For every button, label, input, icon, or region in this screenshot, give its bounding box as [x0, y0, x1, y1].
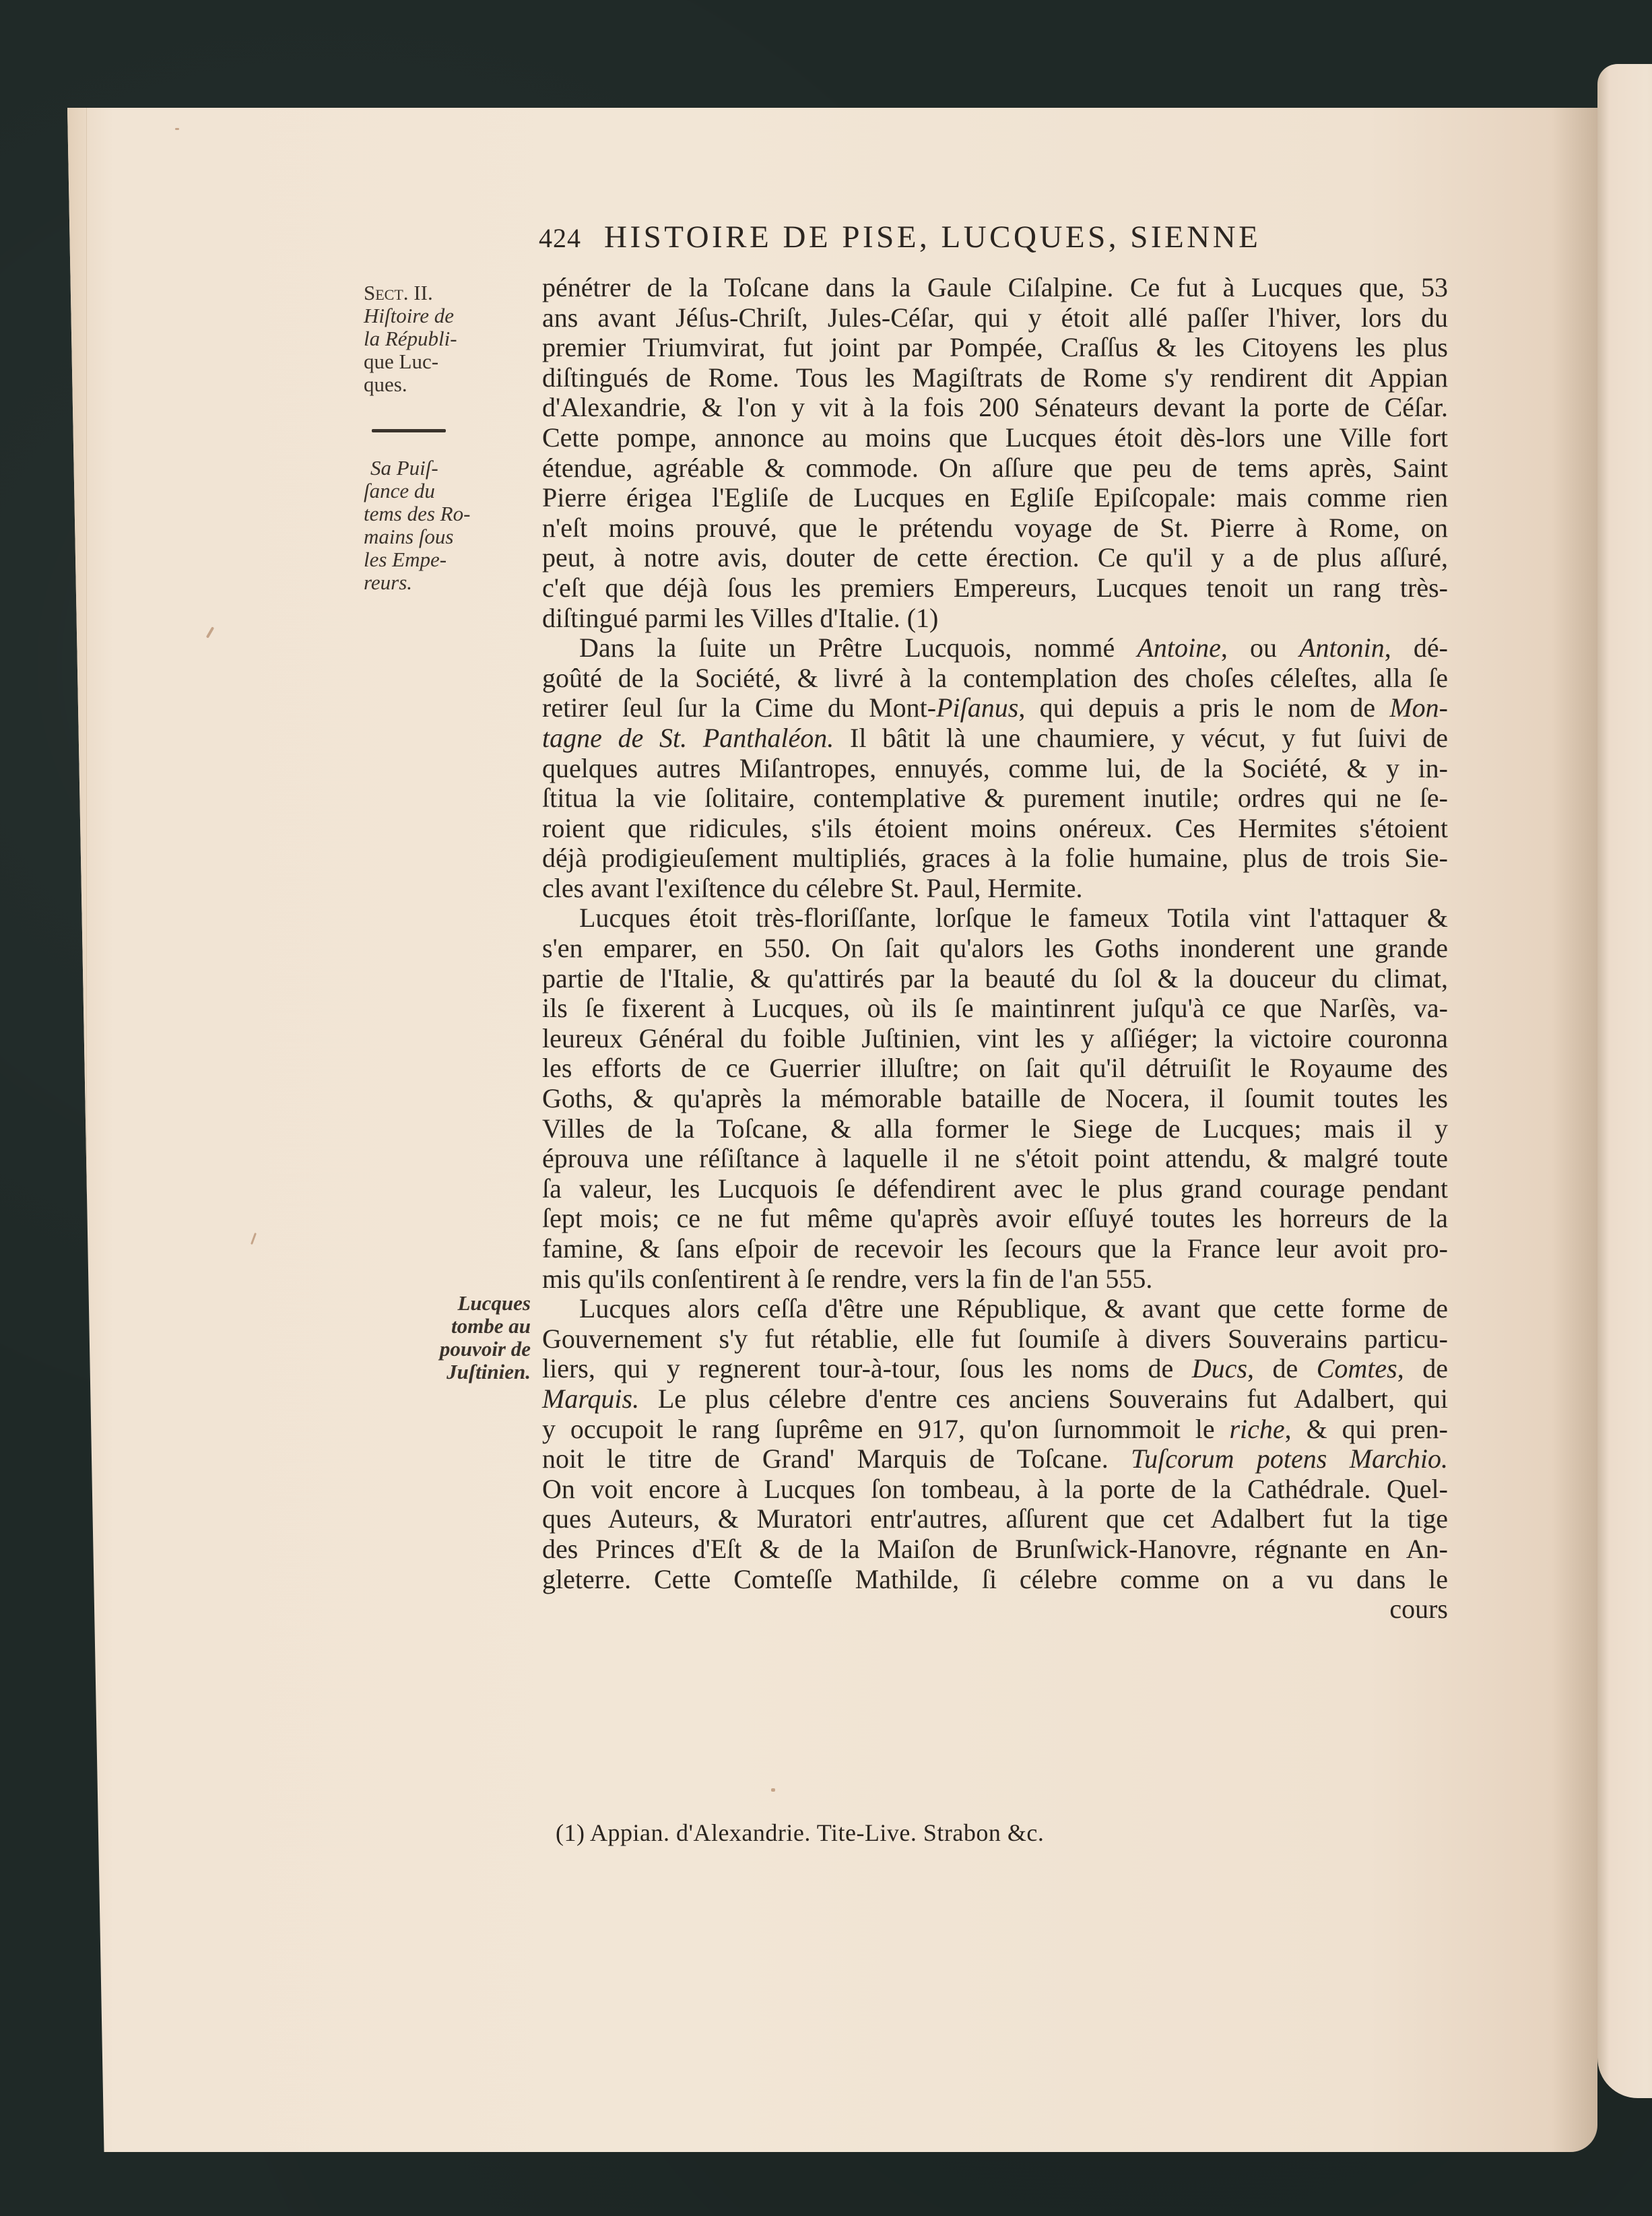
body-text: pénétrer de la Toſcane dans la Gaule Ciſ…	[542, 273, 1448, 1625]
text-line: roient que ridicules, s'ils étoient moin…	[542, 814, 1448, 844]
margin-note-line: mains ſous	[364, 525, 519, 548]
text-run: y occupoit le rang ſuprême en 917, qu'on…	[542, 1414, 1229, 1444]
text-line: Villes de la Toſcane, & alla former le S…	[542, 1114, 1448, 1144]
italic-term: Mon-	[1389, 692, 1448, 723]
text-line: peut, à notre avis, douter de cette érec…	[542, 543, 1448, 573]
text-line: diſtingué parmi les Villes d'Italie. (1)	[542, 604, 1448, 634]
text-line: déjà prodigieuſement multipliés, graces …	[542, 843, 1448, 874]
text-line: partie de l'Italie, & qu'attirés par la …	[542, 964, 1448, 994]
paper-speck	[175, 128, 179, 130]
text-line: s'en emparer, en 550. On ſait qu'alors l…	[542, 934, 1448, 964]
text-line: retirer ſeul ſur la Cime du Mont-Piſanus…	[542, 693, 1448, 723]
text-line: Dans la ſuite un Prêtre Lucquois, nommé …	[542, 633, 1448, 663]
italic-term: Antoine	[1137, 632, 1220, 663]
margin-note-line: la Républi-	[364, 327, 519, 350]
text-line: gleterre. Cette Comteſſe Mathilde, ſi cé…	[542, 1565, 1448, 1595]
margin-rule-divider	[372, 429, 446, 432]
text-line: ſa valeur, les Lucquois ſe défendirent a…	[542, 1174, 1448, 1204]
text-line: ſept mois; ce ne fut même qu'après avoir…	[542, 1204, 1448, 1234]
text-line: famine, & ſans eſpoir de recevoir les ſe…	[542, 1234, 1448, 1264]
margin-note-line: les Empe-	[364, 548, 519, 571]
italic-term: riche	[1229, 1414, 1284, 1444]
text-line: cours	[542, 1594, 1448, 1625]
text-run: noit le titre de Grand' Marquis de Toſca…	[542, 1443, 1131, 1474]
text-line: étendue, agréable & commode. On aſſure q…	[542, 453, 1448, 484]
margin-note-line: ques.	[364, 373, 519, 396]
margin-note-line: Hiſtoire de	[364, 304, 519, 327]
text-line: les efforts de ce Guerrier illuſtre; on …	[542, 1053, 1448, 1084]
margin-note-section: Sect. II. Hiſtoire de la Républi- que Lu…	[364, 282, 519, 396]
paper-speck	[771, 1788, 775, 1792]
text-run: , de	[1397, 1353, 1448, 1383]
margin-note-line: ſance du	[364, 480, 519, 502]
margin-note-line: pouvoir de	[409, 1338, 531, 1361]
text-line: tagne de St. Panthaléon. Il bâtit là une…	[542, 723, 1448, 754]
italic-term: Antonin	[1299, 632, 1385, 663]
text-line: pénétrer de la Toſcane dans la Gaule Ciſ…	[542, 273, 1448, 303]
margin-note-line: tombe au	[409, 1315, 531, 1338]
text-run: retirer ſeul ſur la Cime du Mont-	[542, 692, 936, 723]
italic-term: Tuſcorum potens Marchio.	[1131, 1443, 1448, 1474]
text-line: ils ſe fixerent à Lucques, où ils ſe mai…	[542, 993, 1448, 1024]
text-line: cles avant l'exiſtence du célebre St. Pa…	[542, 874, 1448, 904]
text-line: diſtingués de Rome. Tous les Magiſtrats …	[542, 363, 1448, 393]
text-run: , de	[1247, 1353, 1317, 1383]
footnote: (1) Appian. d'Alexandrie. Tite-Live. Str…	[556, 1819, 1044, 1847]
text-line: ques Auteurs, & Muratori entr'autres, aſ…	[542, 1504, 1448, 1534]
text-line: Lucques alors ceſſa d'être une Républiqu…	[542, 1294, 1448, 1324]
text-line: Gouvernement s'y fut rétablie, elle fut …	[542, 1324, 1448, 1355]
margin-note-line: Sa Puiſ-	[364, 457, 519, 480]
page-number: 424	[539, 222, 581, 254]
margin-note-fall: Lucques tombe au pouvoir de Juſtinien.	[409, 1292, 531, 1383]
facing-page-edge	[1597, 64, 1652, 2098]
text-run: Le plus célebre d'entre ces anciens Souv…	[639, 1383, 1448, 1414]
italic-term: Ducs	[1192, 1353, 1247, 1383]
text-line: Lucques étoit très-floriſſante, lorſque …	[542, 903, 1448, 934]
text-line: ſtitua la vie ſolitaire, contemplative &…	[542, 783, 1448, 814]
text-run: , & qui pren-	[1285, 1414, 1448, 1444]
text-line: leureux Général du foible Juſtinien, vin…	[542, 1024, 1448, 1054]
text-line: Goths, & qu'après la mémorable bataille …	[542, 1084, 1448, 1114]
text-run: , dé-	[1385, 632, 1448, 663]
text-line: noit le titre de Grand' Marquis de Toſca…	[542, 1444, 1448, 1474]
margin-note-line: Lucques	[409, 1292, 531, 1315]
margin-note-line: reurs.	[364, 571, 519, 594]
text-line: quelques autres Miſantropes, ennuyés, co…	[542, 754, 1448, 784]
text-line: Marquis. Le plus célebre d'entre ces anc…	[542, 1384, 1448, 1414]
text-run: Dans la ſuite un Prêtre Lucquois, nommé	[579, 632, 1137, 663]
margin-note-line: Juſtinien.	[409, 1361, 531, 1383]
italic-term: Piſanus	[936, 692, 1018, 723]
text-line: y occupoit le rang ſuprême en 917, qu'on…	[542, 1414, 1448, 1445]
running-title: HISTOIRE DE PISE, LUCQUES, SIENNE	[604, 219, 1261, 255]
text-run: , qui depuis a pris le nom de	[1018, 692, 1389, 723]
text-line: Cette pompe, annonce au moins que Lucque…	[542, 423, 1448, 453]
section-label: Sect. II.	[364, 282, 519, 304]
text-line: goûté de la Société, & livré à la contem…	[542, 663, 1448, 694]
margin-note-line: tems des Ro-	[364, 502, 519, 525]
text-line: ans avant Jéſus-Chriſt, Jules-Céſar, qui…	[542, 303, 1448, 333]
text-line: d'Alexandrie, & l'on y vit à la fois 200…	[542, 393, 1448, 423]
text-line: c'eſt que déjà ſous les premiers Empereu…	[542, 573, 1448, 604]
text-run: liers, qui y regnerent tour-à-tour, ſous…	[542, 1353, 1192, 1383]
italic-term: tagne de St. Panthaléon.	[542, 723, 834, 753]
text-line: des Princes d'Eſt & de la Maiſon de Brun…	[542, 1534, 1448, 1565]
italic-term: Comtes	[1317, 1353, 1397, 1383]
text-run: , ou	[1221, 632, 1299, 663]
running-header: 424 HISTOIRE DE PISE, LUCQUES, SIENNE	[539, 219, 1448, 255]
text-line: n'eſt moins prouvé, que le prétendu voya…	[542, 513, 1448, 544]
text-line: Pierre érigea l'Egliſe de Lucques en Egl…	[542, 483, 1448, 513]
text-line: On voit encore à Lucques ſon tombeau, à …	[542, 1474, 1448, 1505]
text-line: premier Triumvirat, fut joint par Pompée…	[542, 333, 1448, 363]
text-line: mis qu'ils conſentirent à ſe rendre, ver…	[542, 1264, 1448, 1295]
text-line: liers, qui y regnerent tour-à-tour, ſous…	[542, 1354, 1448, 1384]
text-run: Il bâtit là une chaumiere, y vécut, y fu…	[834, 723, 1448, 753]
margin-note-line: que Luc-	[364, 350, 519, 373]
text-line: éprouva une réſiſtance à laquelle il ne …	[542, 1144, 1448, 1174]
margin-note-power: Sa Puiſ- ſance du tems des Ro- mains ſou…	[364, 457, 519, 594]
italic-term: Marquis.	[542, 1383, 639, 1414]
